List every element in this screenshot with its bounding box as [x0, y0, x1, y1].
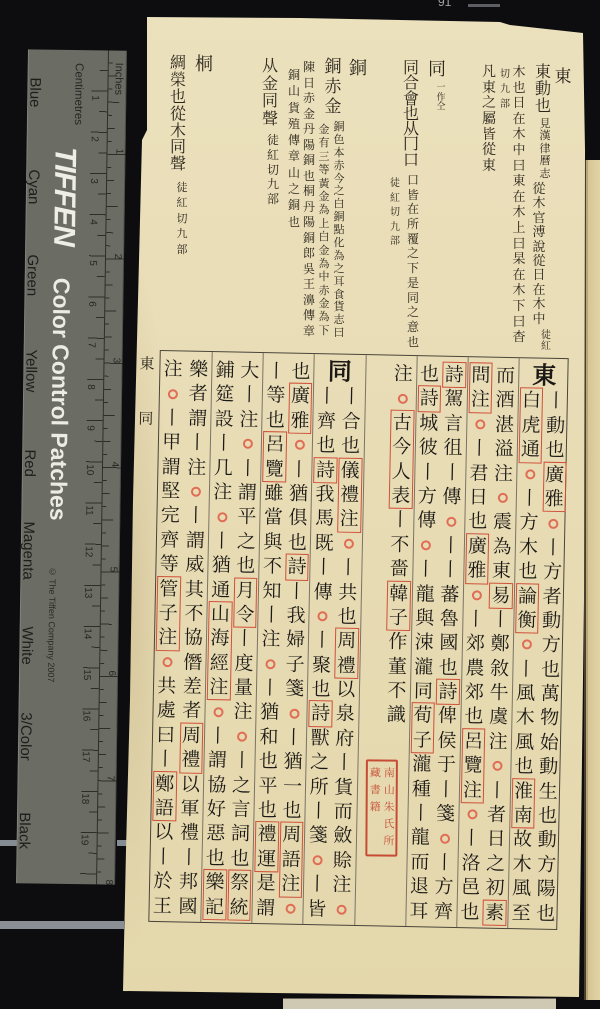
- glyph: 吳: [302, 262, 317, 278]
- glyph: 山: [383, 782, 396, 799]
- glyph: 平: [255, 774, 281, 799]
- centimetres-label: Centimetres: [72, 63, 84, 125]
- glyph: 丨: [183, 504, 209, 529]
- glyph: 龍: [407, 825, 433, 850]
- glyph: 令: [234, 602, 256, 627]
- glyph: 丨: [432, 850, 458, 875]
- glyph: 等: [317, 163, 331, 176]
- glyph: 也: [338, 434, 364, 459]
- glyph: 覽: [263, 457, 285, 482]
- glyph: 丨: [258, 603, 284, 628]
- glyph: 嗇: [386, 557, 412, 582]
- glyph: 木: [516, 535, 542, 560]
- glyph: 度: [231, 651, 257, 676]
- glyph: 下: [317, 324, 331, 337]
- glyph: 鄭: [487, 632, 513, 657]
- glyph: 堅: [158, 479, 184, 504]
- boxed-source-citation: 呂覽: [263, 432, 285, 481]
- glyph: 注: [469, 388, 491, 413]
- inch-mark: 6: [106, 671, 116, 677]
- glyph: 曆: [538, 155, 553, 167]
- glyph: 風: [509, 876, 535, 901]
- seal-text-right: 南山朱氏所: [382, 765, 396, 850]
- glyph: 貨: [287, 100, 302, 116]
- glyph: 等: [263, 383, 289, 408]
- glyph: 志: [538, 168, 553, 180]
- glyph: 赤: [302, 91, 317, 107]
- patch-label-red: Red: [22, 449, 37, 477]
- glyph: 一: [280, 774, 306, 799]
- glyph: 以: [333, 678, 359, 703]
- glyph: 齊: [157, 528, 183, 553]
- glyph: 俱: [285, 506, 311, 531]
- glyph: 章: [287, 148, 302, 164]
- glyph: 萬: [537, 682, 563, 707]
- glyph: 也: [535, 804, 561, 829]
- glyph: 中: [511, 143, 528, 159]
- glyph: 為: [489, 534, 515, 559]
- cm-mark: 5: [87, 260, 97, 266]
- top-edge-marker: [468, 4, 500, 7]
- cm-mark: 10: [84, 464, 94, 475]
- red-circle-mark: [413, 533, 439, 558]
- glyph: 箋: [305, 823, 331, 848]
- glyph: 東: [480, 159, 498, 175]
- glyph: 故: [510, 828, 536, 853]
- boxed-source-citation: 荀子: [411, 704, 433, 753]
- printed-text-frame: 東 同 東 丨動也廣雅丨方者動方也萬物始動生也動方陽也 白虎通丨方木也論衡丨風木…: [148, 350, 568, 930]
- cm-mark: 17: [80, 751, 90, 762]
- red-circle-mark: [287, 433, 313, 458]
- glyph: 氏: [382, 816, 395, 833]
- glyph: 為: [332, 250, 346, 263]
- glyph: 金: [302, 107, 317, 123]
- glyph: 而: [492, 364, 518, 389]
- glyph: 木: [511, 127, 528, 143]
- red-collector-seal: 南山朱氏所 藏書籍: [365, 759, 398, 856]
- glyph: 詩: [443, 363, 465, 388]
- glyph: 也: [533, 97, 553, 114]
- boxed-source-citation: 鄭語: [153, 772, 175, 821]
- glyph: 九: [265, 177, 281, 192]
- glyph: 丨: [466, 436, 492, 461]
- glyph: 白: [317, 230, 331, 243]
- red-circle-mark: [235, 432, 261, 457]
- glyph: 丨: [439, 460, 465, 485]
- glyph: 謂: [234, 480, 260, 505]
- glyph: 與: [412, 606, 438, 631]
- glyph: 國: [175, 894, 201, 919]
- glyph: 禮: [339, 483, 361, 508]
- glyph: 等: [156, 552, 182, 577]
- glyph: 意: [405, 320, 421, 335]
- glyph: 退: [406, 874, 432, 899]
- glyph: 禮: [256, 822, 278, 847]
- glyph: 丨: [257, 676, 283, 701]
- glyph: 覽: [462, 753, 484, 778]
- glyph: 丨: [235, 456, 261, 481]
- glyph: 从: [260, 57, 280, 75]
- glyph: 僭: [180, 650, 206, 675]
- glyph: 之: [405, 305, 421, 320]
- glyph: 山: [287, 83, 302, 99]
- glyph: 動: [543, 413, 569, 438]
- glyph: 駕: [441, 387, 467, 412]
- glyph: 不: [259, 554, 285, 579]
- glyph: 注: [208, 675, 230, 700]
- glyph: 也: [202, 846, 228, 871]
- glyph: 聲: [168, 156, 188, 173]
- boxed-source-citation: 周語注: [280, 823, 303, 897]
- glyph: 完: [157, 503, 183, 528]
- glyph: 方: [516, 510, 542, 535]
- glyph: 董: [384, 654, 410, 679]
- glyph: 也: [405, 335, 421, 350]
- boxed-source-citation: 管子注: [157, 576, 180, 650]
- glyph: 徒: [388, 177, 402, 192]
- glyph: 日: [302, 76, 317, 92]
- glyph: 協: [180, 626, 206, 651]
- glyph: 丨: [229, 749, 255, 774]
- glyph: 呂: [462, 729, 484, 754]
- cm-mark: 12: [83, 546, 93, 557]
- glyph: 從: [531, 255, 548, 269]
- glyph: 黃: [317, 177, 331, 190]
- glyph: 猶: [257, 700, 283, 725]
- glyph: 注: [230, 700, 256, 725]
- inch-mark: 8: [103, 879, 113, 885]
- glyph: 木: [511, 65, 528, 81]
- manuscript-line: 從木官溥說從日在木中: [531, 183, 548, 327]
- glyph: 丨: [543, 389, 569, 414]
- glyph: 丨: [513, 657, 539, 682]
- manuscript-line: 東動也: [533, 63, 553, 114]
- glyph: 銅: [302, 153, 317, 169]
- glyph: 赤: [332, 160, 346, 173]
- boxed-source-citation: 淮南: [512, 779, 534, 828]
- glyph: 下: [511, 299, 528, 315]
- glyph: 瀧: [411, 655, 437, 680]
- glyph: 人: [390, 459, 412, 484]
- glyph: 風: [512, 730, 538, 755]
- red-circle-mark: [432, 826, 458, 851]
- glyph: 部: [498, 97, 512, 112]
- manuscript-line: 銅赤金: [323, 57, 344, 117]
- glyph: 中: [531, 313, 548, 327]
- glyph: 我: [312, 482, 338, 507]
- glyph: 通: [520, 437, 542, 462]
- glyph: 淮: [513, 779, 535, 804]
- glyph: 處: [153, 698, 179, 723]
- glyph: 丨: [306, 799, 332, 824]
- glyph: 也: [302, 169, 317, 185]
- glyph: 彼: [415, 435, 441, 460]
- glyph: 傳: [414, 508, 440, 533]
- glyph: 籍: [369, 798, 382, 815]
- glyph: 之: [483, 851, 509, 876]
- glyph: 魯: [436, 606, 462, 631]
- cm-mark: 1: [89, 95, 99, 101]
- glyph: 几: [210, 456, 236, 481]
- glyph: 部: [265, 192, 281, 207]
- glyph: 言: [440, 411, 466, 436]
- boxed-source-citation: 廣雅: [466, 534, 488, 583]
- glyph: 物: [537, 706, 563, 731]
- glyph: 當: [260, 505, 286, 530]
- glyph: 上: [511, 221, 528, 237]
- patch-label-black: Black: [17, 812, 33, 849]
- glyph: 而: [330, 800, 356, 825]
- cm-mark: 3: [88, 178, 98, 184]
- glyph: 城: [416, 411, 442, 436]
- glyph: 桐: [193, 55, 215, 74]
- glyph: 之: [229, 773, 255, 798]
- red-circle-mark: [463, 583, 489, 608]
- glyph: 所: [382, 833, 395, 850]
- glyph: 作: [385, 630, 411, 655]
- red-circle-mark: [281, 701, 307, 726]
- glyph: 雅: [289, 408, 311, 433]
- glyph: 雅: [466, 558, 488, 583]
- glyph: 易: [490, 583, 512, 608]
- glyph: 者: [484, 803, 510, 828]
- glyph: 日: [531, 269, 548, 283]
- glyph: 徂: [440, 436, 466, 461]
- glyph: 之: [287, 181, 302, 197]
- boxed-source-citation: 月令: [234, 578, 256, 627]
- adjacent-page-edge: [584, 160, 600, 1000]
- boxed-source-citation: 易: [490, 583, 512, 608]
- glyph: 木: [511, 283, 528, 299]
- glyph: 銅: [287, 67, 302, 83]
- inch-mark: 5: [107, 567, 117, 573]
- glyph: 切: [265, 163, 281, 178]
- glyph: 共: [154, 674, 180, 699]
- glyph: 赤: [323, 77, 344, 97]
- glyph: 也: [287, 214, 302, 230]
- boxed-source-citation: 素: [484, 900, 506, 925]
- glyph: 丨: [236, 383, 262, 408]
- glyph: 其: [181, 577, 207, 602]
- glyph: 禮: [335, 653, 357, 678]
- glyph: 木: [531, 298, 548, 312]
- glyph: 也: [461, 705, 487, 730]
- glyph: 之: [332, 263, 346, 276]
- manuscript-line: 陳日赤金丹陽銅也桐丹陽銅郎吳王濞傳章: [302, 60, 317, 339]
- red-circle-mark: [305, 848, 331, 873]
- glyph: 也: [542, 438, 568, 463]
- glyph: 也: [435, 655, 461, 680]
- glyph: 廣: [544, 462, 566, 487]
- copyright-notice: © The Tiffen Company 2007: [46, 567, 57, 683]
- glyph: 丨: [211, 431, 237, 456]
- glyph: 詩: [310, 702, 332, 727]
- glyph: 漢: [538, 130, 553, 142]
- glyph: 為: [317, 310, 331, 323]
- glyph: 箋: [433, 802, 459, 827]
- glyph: 湛: [491, 412, 517, 437]
- cm-mark: 11: [83, 505, 93, 516]
- cm-mark: 19: [79, 834, 89, 845]
- glyph: 惡: [203, 821, 229, 846]
- glyph: 皆: [304, 897, 330, 922]
- glyph: 同: [410, 679, 436, 704]
- glyph: 也: [533, 901, 559, 926]
- boxed-source-citation: 儀禮注: [338, 458, 361, 532]
- glyph: 貨: [331, 775, 357, 800]
- glyph: 衡: [516, 608, 538, 633]
- red-circle-mark: [310, 604, 336, 629]
- red-circle-mark: [154, 650, 180, 675]
- boxed-source-citation: 詩: [286, 555, 308, 580]
- glyph: 王: [149, 893, 175, 918]
- glyph: 樂: [204, 870, 226, 895]
- manuscript-line: 同合會也从冂口: [401, 60, 421, 167]
- glyph: 陳: [302, 60, 317, 76]
- glyph: 也: [417, 362, 443, 387]
- glyph: 丨: [159, 406, 185, 431]
- glyph: 丨: [284, 579, 310, 604]
- glyph: 杲: [511, 252, 528, 268]
- glyph: 丨: [314, 384, 340, 409]
- glyph: 侯: [434, 728, 460, 753]
- glyph: 設: [211, 407, 237, 432]
- annotation-line: [366, 361, 391, 362]
- cm-mark: 4: [87, 219, 97, 225]
- red-circle-mark: [258, 652, 284, 677]
- boxed-source-citation: 詩: [315, 458, 337, 483]
- glyph: 從: [480, 143, 498, 159]
- patch-label-yellow: Yellow: [23, 349, 39, 392]
- glyph: 方: [540, 560, 566, 585]
- manuscript-headword: 桐: [193, 55, 215, 74]
- glyph: 不: [387, 532, 413, 557]
- glyph: 徒: [265, 133, 281, 148]
- glyph: 屬: [480, 112, 498, 128]
- glyph: 平: [234, 505, 260, 530]
- glyph: 注: [184, 455, 210, 480]
- glyph: 注: [160, 357, 186, 382]
- glyph: 酒: [492, 388, 518, 413]
- glyph: 瀧: [409, 752, 435, 777]
- glyph: 書: [369, 781, 382, 798]
- manuscript-variant-note: 一作仝: [435, 84, 447, 113]
- glyph: 君: [466, 461, 492, 486]
- patch-label-white: White: [19, 626, 35, 665]
- cm-mark: 9: [85, 425, 95, 431]
- glyph: 甲: [159, 430, 185, 455]
- glyph: 樂: [186, 357, 212, 382]
- glyph: 也: [465, 509, 491, 534]
- glyph: 丨: [438, 533, 464, 558]
- margin-label: 東: [139, 356, 154, 372]
- glyph: 動: [534, 828, 560, 853]
- red-circle-mark: [438, 509, 464, 534]
- glyph: 丨: [488, 607, 514, 632]
- glyph: 者: [539, 584, 565, 609]
- glyph: 所: [306, 775, 332, 800]
- glyph: 差: [179, 675, 205, 700]
- glyph: 之: [405, 246, 421, 261]
- glyph: 南: [383, 765, 396, 782]
- glyph: 也: [233, 554, 259, 579]
- glyph: 銅: [302, 231, 317, 247]
- glyph: 識: [383, 703, 409, 728]
- glyph: 與: [260, 530, 286, 555]
- card-title: Color Control Patches: [46, 278, 73, 521]
- cm-mark: 14: [82, 628, 92, 639]
- glyph: 謂: [182, 528, 208, 553]
- glyph: 月: [234, 578, 256, 603]
- glyph: 丹: [302, 122, 317, 138]
- glyph: 大: [237, 359, 263, 384]
- glyph: 始: [536, 730, 562, 755]
- red-circle-mark: [160, 381, 186, 406]
- glyph: 官: [531, 212, 548, 226]
- glyph: 傳: [302, 308, 317, 324]
- glyph: 郊: [461, 680, 487, 705]
- glyph: 量: [230, 676, 256, 701]
- glyph: 色: [332, 134, 346, 147]
- glyph: 聚: [309, 653, 335, 678]
- glyph: 金: [317, 244, 331, 257]
- glyph: 表: [390, 484, 412, 509]
- boxed-source-citation: 詩: [418, 387, 440, 412]
- glyph: 禮: [176, 821, 202, 846]
- glyph: 傳: [287, 132, 302, 148]
- glyph: 動: [533, 80, 553, 97]
- glyph: 溢: [491, 437, 517, 462]
- glyph: 也: [511, 81, 528, 97]
- glyph: 至: [508, 901, 534, 926]
- manuscript-headword: 銅: [347, 59, 369, 79]
- glyph: 語: [280, 847, 302, 872]
- red-circle-mark: [336, 531, 362, 556]
- patch-label-green: Green: [24, 254, 40, 296]
- glyph: 丨: [437, 558, 463, 583]
- glyph: 金: [317, 123, 331, 136]
- boxed-source-citation: 呂覽注: [462, 729, 485, 803]
- manuscript-line: 木也日在木中曰東在木上曰杲在木下曰杳: [511, 65, 528, 346]
- cm-mark: 2: [89, 136, 99, 142]
- glyph: 口: [401, 152, 421, 167]
- glyph: 好: [203, 797, 229, 822]
- glyph: 方: [534, 852, 560, 877]
- glyph: 銅: [347, 59, 369, 79]
- cm-mark: 15: [81, 669, 91, 680]
- inch-mark: 7: [105, 776, 115, 782]
- manuscript-line: 徒紅切九部: [388, 177, 402, 250]
- glyph: 曰: [511, 159, 528, 175]
- glyph: 桐: [302, 184, 317, 200]
- printed-headword: 同: [315, 359, 366, 384]
- glyph: 丨: [150, 845, 176, 870]
- glyph: 在: [531, 284, 548, 298]
- cm-mark: 8: [85, 384, 95, 390]
- glyph: 者: [179, 699, 205, 724]
- red-circle-mark: [183, 479, 209, 504]
- glyph: 生: [535, 779, 561, 804]
- red-circle-mark: [467, 412, 493, 437]
- glyph: 同: [426, 60, 448, 80]
- glyph: 于: [433, 753, 459, 778]
- glyph: 銅: [323, 57, 344, 77]
- glyph: 言: [228, 797, 254, 822]
- glyph: 銅: [287, 197, 302, 213]
- glyph: 丨: [152, 747, 178, 772]
- glyph: 三: [317, 150, 331, 163]
- boxed-source-citation: 廣雅: [543, 462, 565, 511]
